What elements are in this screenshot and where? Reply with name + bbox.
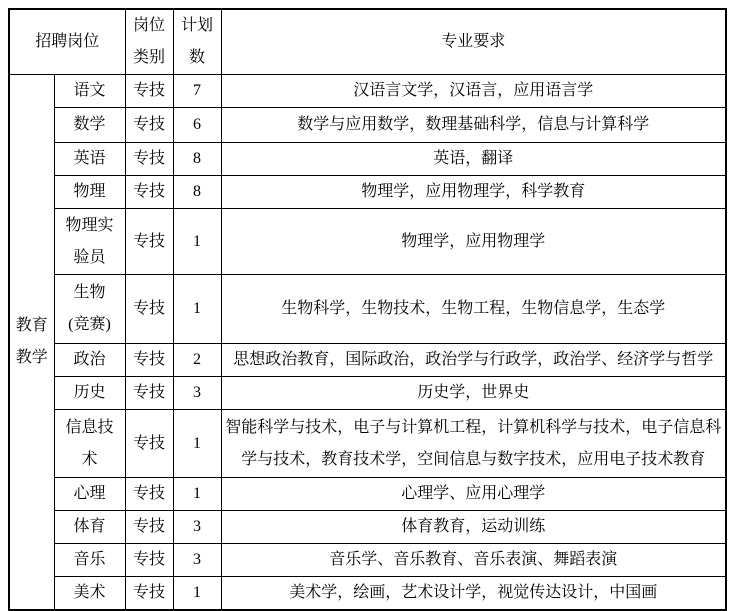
category-cell: 专技	[125, 544, 173, 577]
majors-cell: 音乐学、音乐教育、音乐表演、舞蹈表演	[221, 544, 726, 577]
position-cell: 体育	[54, 511, 125, 544]
position-cell: 物理	[54, 176, 125, 209]
count-cell: 8	[173, 176, 221, 209]
table-row: 历史 专技 3 历史学，世界史	[9, 377, 726, 410]
group-label-education-teaching: 教育 教学	[9, 75, 54, 611]
count-cell: 3	[173, 544, 221, 577]
count-cell: 1	[173, 577, 221, 611]
category-cell: 专技	[125, 176, 173, 209]
category-cell: 专技	[125, 511, 173, 544]
count-cell: 8	[173, 143, 221, 176]
position-cell: 历史	[54, 377, 125, 410]
position-cell: 心理	[54, 478, 125, 511]
count-cell: 1	[173, 275, 221, 344]
count-cell: 1	[173, 209, 221, 275]
count-cell: 1	[173, 410, 221, 478]
recruitment-positions-table: 招聘岗位 岗位 类别 计划 数 专业要求 教育 教学 语文 专技 7 汉语言文学…	[8, 8, 727, 611]
majors-cell: 数学与应用数学，数理基础科学，信息与计算科学	[221, 108, 726, 143]
position-cell: 数学	[54, 108, 125, 143]
position-cell: 英语	[54, 143, 125, 176]
header-recruit-position: 招聘岗位	[9, 9, 125, 75]
majors-cell: 物理学，应用物理学，科学教育	[221, 176, 726, 209]
category-cell: 专技	[125, 344, 173, 377]
count-cell: 1	[173, 478, 221, 511]
majors-cell: 历史学，世界史	[221, 377, 726, 410]
majors-cell: 思想政治教育，国际政治，政治学与行政学，政治学、经济学与哲学	[221, 344, 726, 377]
table-row: 政治 专技 2 思想政治教育，国际政治，政治学与行政学，政治学、经济学与哲学	[9, 344, 726, 377]
count-cell: 3	[173, 511, 221, 544]
table-row: 物理实 验员 专技 1 物理学，应用物理学	[9, 209, 726, 275]
category-cell: 专技	[125, 377, 173, 410]
count-cell: 7	[173, 75, 221, 108]
recruitment-table-page: 招聘岗位 岗位 类别 计划 数 专业要求 教育 教学 语文 专技 7 汉语言文学…	[0, 0, 733, 604]
count-cell: 2	[173, 344, 221, 377]
majors-cell: 英语，翻译	[221, 143, 726, 176]
majors-cell: 汉语言文学，汉语言，应用语言学	[221, 75, 726, 108]
header-row: 招聘岗位 岗位 类别 计划 数 专业要求	[9, 9, 726, 75]
category-cell: 专技	[125, 108, 173, 143]
category-cell: 专技	[125, 143, 173, 176]
table-row: 美术 专技 1 美术学，绘画，艺术设计学，视觉传达设计，中国画	[9, 577, 726, 611]
category-cell: 专技	[125, 75, 173, 108]
position-cell: 美术	[54, 577, 125, 611]
majors-cell: 美术学，绘画，艺术设计学，视觉传达设计，中国画	[221, 577, 726, 611]
table-row: 音乐 专技 3 音乐学、音乐教育、音乐表演、舞蹈表演	[9, 544, 726, 577]
table-row: 心理 专技 1 心理学、应用心理学	[9, 478, 726, 511]
category-cell: 专技	[125, 478, 173, 511]
majors-cell: 智能科学与技术，电子与计算机工程，计算机科学与技术，电子信息科学与技术，教育技术…	[221, 410, 726, 478]
count-cell: 6	[173, 108, 221, 143]
category-cell: 专技	[125, 410, 173, 478]
header-plan-count: 计划 数	[173, 9, 221, 75]
position-cell: 生物 (竞赛)	[54, 275, 125, 344]
category-cell: 专技	[125, 577, 173, 611]
table-row: 信息技 术 专技 1 智能科学与技术，电子与计算机工程，计算机科学与技术，电子信…	[9, 410, 726, 478]
position-cell: 政治	[54, 344, 125, 377]
position-cell: 信息技 术	[54, 410, 125, 478]
majors-cell: 物理学，应用物理学	[221, 209, 726, 275]
table-row: 生物 (竞赛) 专技 1 生物科学，生物技术，生物工程，生物信息学，生态学	[9, 275, 726, 344]
table-row: 物理 专技 8 物理学，应用物理学，科学教育	[9, 176, 726, 209]
majors-cell: 心理学、应用心理学	[221, 478, 726, 511]
category-cell: 专技	[125, 275, 173, 344]
category-cell: 专技	[125, 209, 173, 275]
table-row: 英语 专技 8 英语，翻译	[9, 143, 726, 176]
position-cell: 音乐	[54, 544, 125, 577]
header-major-requirement: 专业要求	[221, 9, 726, 75]
count-cell: 3	[173, 377, 221, 410]
table-row: 数学 专技 6 数学与应用数学，数理基础科学，信息与计算科学	[9, 108, 726, 143]
position-cell: 物理实 验员	[54, 209, 125, 275]
position-cell: 语文	[54, 75, 125, 108]
header-post-category: 岗位 类别	[125, 9, 173, 75]
table-row: 体育 专技 3 体育教育，运动训练	[9, 511, 726, 544]
table-row: 教育 教学 语文 专技 7 汉语言文学，汉语言，应用语言学	[9, 75, 726, 108]
majors-cell: 体育教育，运动训练	[221, 511, 726, 544]
majors-cell: 生物科学，生物技术，生物工程，生物信息学，生态学	[221, 275, 726, 344]
